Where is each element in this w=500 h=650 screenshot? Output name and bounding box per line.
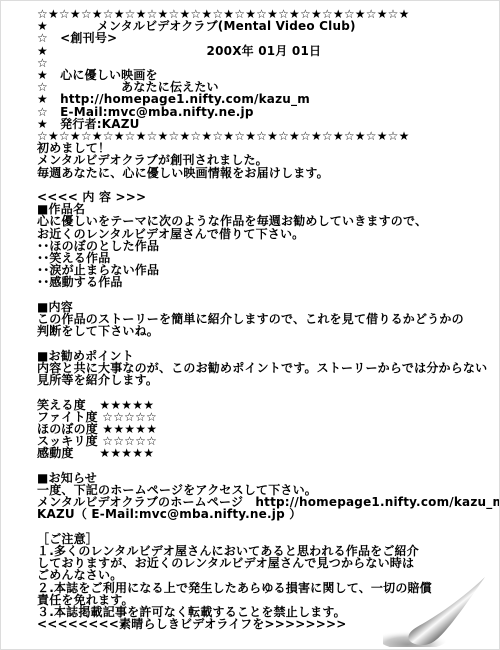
- text-line: ★ http://homepage1.nifty.com/kazu_m: [37, 93, 495, 105]
- text-line: 見所等を紹介します。: [37, 374, 495, 386]
- text-line: [37, 521, 495, 533]
- text-line: ･･感動する作品: [37, 276, 495, 288]
- page-curl-icon[interactable]: [383, 575, 493, 647]
- text-line: [37, 289, 495, 301]
- document-text: ☆★☆★☆★☆★☆★☆★☆★☆★☆★☆★☆★☆★☆★☆★☆★☆★☆★★ メンタル…: [37, 8, 495, 630]
- rating-stars: ★★★★★: [95, 446, 154, 460]
- text-line: ★ 200X年 01月 01日: [37, 45, 495, 57]
- text-line: ☆ <創刊号>: [37, 32, 495, 44]
- page-curl-cone: [408, 577, 485, 645]
- text-line: [37, 460, 495, 472]
- text-line: メンタルビデオクラブが創刊されました。: [37, 154, 495, 166]
- newsletter-page: ☆★☆★☆★☆★☆★☆★☆★☆★☆★☆★☆★☆★☆★☆★☆★☆★☆★★ メンタル…: [0, 0, 500, 650]
- text-line: [37, 337, 495, 349]
- text-line: KAZU（ E-Mail:mvc@mba.nifty.ne.jp ）: [37, 508, 495, 520]
- text-line: 毎週あなたに、心に優しい映画情報をお届けします。: [37, 167, 495, 179]
- rating-row: 感動度 ★★★★★: [37, 447, 495, 459]
- rating-label: 笑える度: [37, 399, 95, 411]
- text-line: 判断をして下さいね。: [37, 325, 495, 337]
- text-line: ☆ E-Mail:mvc@mba.nifty.ne.jp: [37, 106, 495, 118]
- text-line: 心に優しいをテーマに次のような作品を毎週お勧めしていきますので、: [37, 215, 495, 227]
- text-line: <<<< 内 容 >>>: [37, 191, 495, 203]
- rating-label: 感動度: [37, 447, 95, 459]
